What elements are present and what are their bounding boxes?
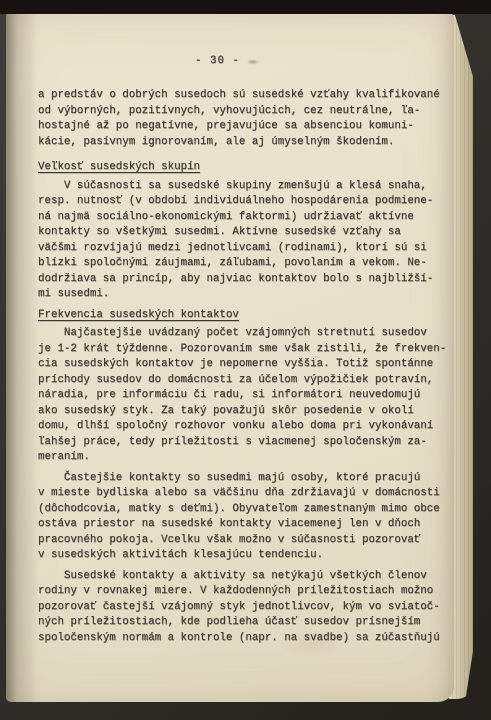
heading-frekvencia-kontaktov: Frekvencia susedských kontaktov (38, 308, 454, 324)
heading-velkost-susedskych-skupin: Veľkosť susedských skupín (38, 160, 454, 176)
paragraph-frekvencia-1: Najčastejšie uvádzaný počet vzájomných s… (38, 326, 454, 466)
scan-dark-top-edge (0, 0, 491, 14)
scanned-book-photo: - 30 - a predstáv o dobrých susedoch sú … (0, 0, 491, 720)
page-number: - 30 - (38, 55, 454, 68)
book-page: - 30 - a predstáv o dobrých susedoch sú … (6, 14, 454, 702)
paragraph-intro: a predstáv o dobrých susedoch sú susedsk… (38, 88, 454, 150)
paragraph-frekvencia-2: Častejšie kontakty so susedmi majú osoby… (38, 471, 454, 564)
paragraph-frekvencia-3: Susedské kontakty a aktivity sa netýkajú… (38, 569, 454, 647)
paragraph-velkost-skupin: V súčasnosti sa susedské skupiny zmenšuj… (38, 179, 454, 303)
page-content: - 30 - a predstáv o dobrých susedoch sú … (6, 14, 454, 646)
